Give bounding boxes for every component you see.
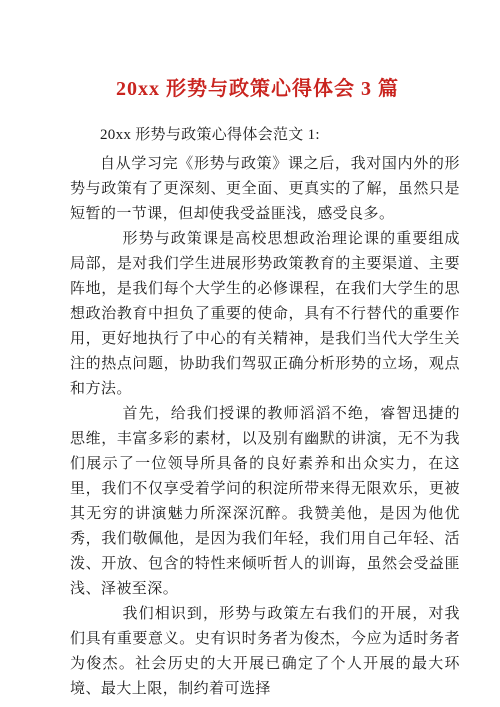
body-paragraph: 形势与政策课是高校思想政治理论课的重要组成局部，是对我们学生进展形势政策教育的主… bbox=[70, 227, 460, 402]
document-body: 自从学习完《形势与政策》课之后，我对国内外的形势与政策有了更深刻、更全面、更真实… bbox=[70, 152, 460, 702]
document-title: 20xx 形势与政策心得体会 3 篇 bbox=[55, 76, 460, 102]
body-paragraph: 我们相识到，形势与政策左右我们的开展，对我们具有重要意义。史有识时务者为俊杰，今… bbox=[70, 602, 460, 702]
document-subtitle: 20xx 形势与政策心得体会范文 1: bbox=[70, 124, 460, 146]
document-page: 20xx 形势与政策心得体会 3 篇 20xx 形势与政策心得体会范文 1: 自… bbox=[0, 0, 500, 707]
body-paragraph: 首先，给我们授课的教师滔滔不绝，睿智迅捷的思维，丰富多彩的素材，以及别有幽默的讲… bbox=[70, 402, 460, 602]
body-paragraph: 自从学习完《形势与政策》课之后，我对国内外的形势与政策有了更深刻、更全面、更真实… bbox=[70, 152, 460, 227]
